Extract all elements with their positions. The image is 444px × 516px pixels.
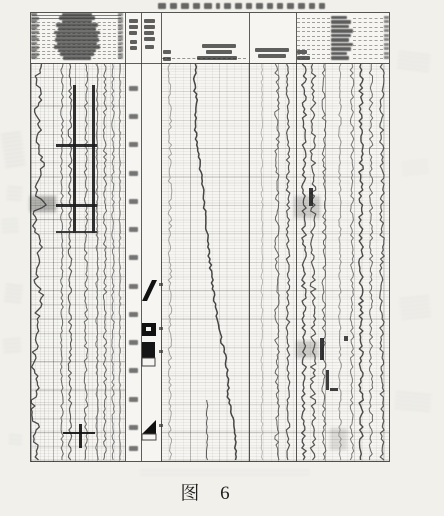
log-curve-t1-c2 [61, 64, 64, 460]
title-char-smudge [158, 3, 166, 9]
figure-caption: 图 6 [140, 478, 270, 505]
log-curve-t4-c7 [369, 64, 373, 460]
log-curve-t2-lower [206, 400, 207, 460]
log-curve-t2-light [168, 64, 172, 460]
lithology-marker [142, 280, 157, 301]
log-curve-t4-c4 [339, 64, 342, 460]
log-curve-t1-c5 [96, 64, 99, 460]
title-char-smudge [256, 3, 263, 9]
log-curve-t3-c1 [261, 64, 263, 460]
log-curve-t1-c3 [68, 64, 72, 460]
log-curve-t2-main-curve [194, 64, 237, 460]
title-char-smudge [319, 3, 325, 9]
title-char-smudge [246, 3, 252, 9]
title-char-smudge [309, 3, 315, 9]
title-char-smudge [235, 3, 242, 9]
title-char-smudge [224, 3, 231, 9]
log-curve-t4-c3 [322, 64, 326, 460]
title-char-smudge [170, 3, 177, 9]
title-char-smudge [204, 3, 212, 9]
log-curve-t1-c8 [119, 64, 121, 460]
log-curve-sp-curve [31, 64, 46, 460]
log-curve-t1-c6 [103, 64, 106, 460]
lithology-marker [142, 434, 156, 440]
lithology-marker [142, 420, 156, 434]
log-curve-t3-c2 [275, 64, 280, 460]
title-char-smudge [216, 3, 220, 9]
title-char-smudge [298, 3, 305, 9]
log-curve-t1-c7 [112, 64, 115, 460]
title-char-smudge [267, 3, 273, 9]
title-char-smudge [287, 3, 294, 9]
lithology-marker [142, 342, 155, 358]
title-char-smudge [181, 3, 189, 9]
log-curve-t4-c1 [302, 64, 307, 460]
lithology-marker [142, 358, 155, 366]
scanned-well-log-figure: 图 6 [0, 0, 444, 516]
figure-title-smudge [158, 2, 325, 10]
title-char-smudge [277, 3, 283, 9]
log-curves-layer [0, 0, 444, 516]
log-curve-t4-c5 [350, 64, 354, 460]
lithology-marker [146, 327, 151, 331]
log-curve-t1-c4 [84, 64, 88, 460]
title-char-smudge [193, 3, 200, 9]
log-curve-t3-c3 [286, 64, 290, 460]
log-curve-t4-c6 [359, 64, 364, 460]
log-curve-t4-c8 [380, 64, 385, 460]
log-curve-t4-c2 [310, 64, 316, 460]
